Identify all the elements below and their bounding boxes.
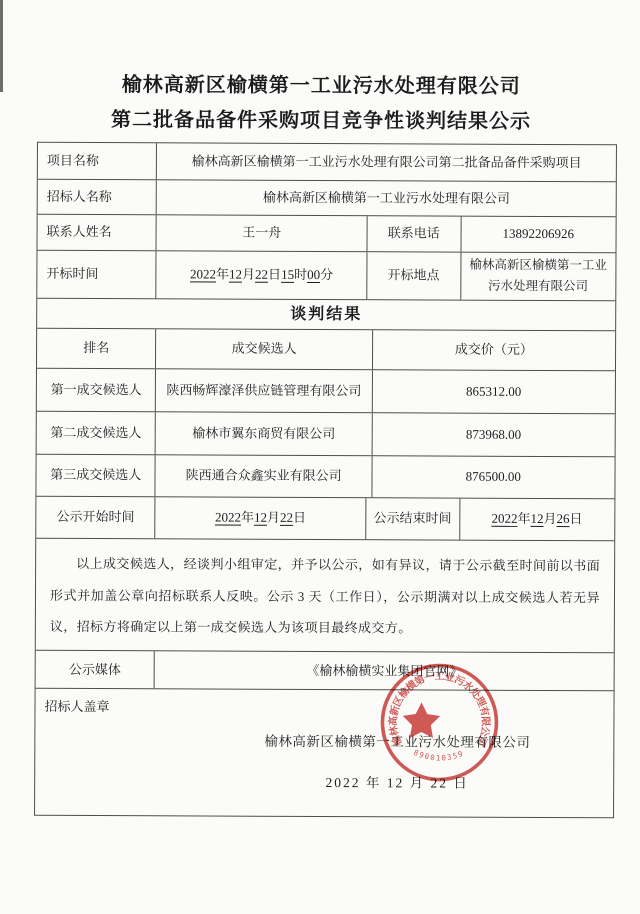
candidate-3-price: 876500.00 bbox=[371, 456, 615, 498]
candidate-1-price: 865312.00 bbox=[371, 370, 615, 413]
media-label: 公示媒体 bbox=[36, 651, 155, 689]
candidate-3-company: 陕西通合众鑫实业有限公司 bbox=[155, 455, 371, 497]
document-title-line2: 第二批备品备件采购项目竞争性谈判结果公示 bbox=[1, 110, 640, 133]
candidate-1-rank: 第一成交候选人 bbox=[37, 369, 156, 412]
table-row-notice: 以上成交候选人，经谈判小组审定，并予以公示，如有异议，请于公示截至时间前以书面形… bbox=[36, 538, 614, 653]
open-time-label: 开标时间 bbox=[37, 251, 156, 298]
phone-value: 13892206926 bbox=[460, 217, 616, 253]
table-row-publicity-period: 公示开始时间 2022 年 12 月 22 日 公示结束时间 2022 年 12… bbox=[36, 496, 614, 541]
candidate-2-rank: 第二成交候选人 bbox=[37, 412, 156, 455]
contact-value: 王一舟 bbox=[156, 215, 367, 251]
signature-company: 榆林高新区榆横第一工业污水处理有限公司 bbox=[247, 730, 547, 751]
open-place-label: 开标地点 bbox=[366, 252, 460, 299]
candidate-2-company: 榆林市翼东商贸有限公司 bbox=[155, 412, 371, 455]
table-row-section-header: 谈判结果 bbox=[37, 297, 615, 330]
phone-label: 联系电话 bbox=[366, 216, 460, 251]
contact-label: 联系人姓名 bbox=[38, 215, 157, 251]
tenderee-value: 榆林高新区榆横第一工业污水处理有限公司 bbox=[156, 180, 616, 216]
table-row-bid-opening: 开标时间 2022 年 12 月 22 日 15 时 00 分 开标地点 榆林高… bbox=[37, 250, 615, 300]
publicity-end-label: 公示结束时间 bbox=[365, 498, 459, 539]
table-row-candidate-1: 第一成交候选人 陕西畅辉濠泽供应链管理有限公司 865312.00 bbox=[37, 368, 615, 414]
open-place-line2: 污水处理有限公司 bbox=[469, 276, 607, 298]
table-row-media: 公示媒体 《榆林榆横实业集团官网》 bbox=[36, 650, 614, 691]
table-row-candidate-2: 第二成交候选人 榆林市翼东商贸有限公司 873968.00 bbox=[37, 411, 615, 457]
price-header: 成交价（元） bbox=[372, 330, 615, 370]
tenderee-label: 招标人名称 bbox=[38, 180, 157, 215]
notice-paragraph: 以上成交候选人，经谈判小组审定，并予以公示，如有异议，请于公示截至时间前以书面形… bbox=[36, 539, 614, 653]
announcement-table: 项目名称 榆林高新区榆横第一工业污水处理有限公司第二批备品备件采购项目 招标人名… bbox=[34, 142, 617, 819]
open-time-value: 2022 年 12 月 22 日 15 时 00 分 bbox=[156, 251, 367, 298]
document-title-line1: 榆林高新区榆横第一工业污水处理有限公司 bbox=[1, 75, 640, 98]
table-row-project-name: 项目名称 榆林高新区榆横第一工业污水处理有限公司第二批备品备件采购项目 bbox=[38, 143, 616, 182]
signature-block: 榆林高新区榆横第一工业污水处理有限公司 2022 年 12 月 22 日 bbox=[247, 730, 547, 792]
signature-date: 2022 年 12 月 22 日 bbox=[247, 771, 547, 792]
open-place-line1: 榆林高新区榆横第一工业 bbox=[469, 255, 607, 277]
document-page: 榆林高新区榆横第一工业污水处理有限公司 第二批备品备件采购项目竞争性谈判结果公示… bbox=[0, 0, 640, 914]
publicity-end-value: 2022 年 12 月 26 日 bbox=[459, 499, 615, 541]
rank-header: 排名 bbox=[37, 329, 156, 369]
candidate-1-company: 陕西畅辉濠泽供应链管理有限公司 bbox=[155, 369, 371, 412]
candidate-2-price: 873968.00 bbox=[371, 413, 615, 456]
table-row-contact: 联系人姓名 王一舟 联系电话 13892206926 bbox=[38, 214, 616, 253]
table-row-results-header: 排名 成交候选人 成交价（元） bbox=[37, 328, 615, 371]
stamp-label: 招标人盖章 bbox=[44, 696, 109, 715]
table-row-candidate-3: 第三成交候选人 陕西通合众鑫实业有限公司 876500.00 bbox=[36, 454, 614, 499]
publicity-start-value: 2022 年 12 月 22 日 bbox=[155, 497, 366, 539]
candidate-header: 成交候选人 bbox=[155, 329, 371, 369]
project-name-label: 项目名称 bbox=[38, 143, 157, 180]
media-value: 《榆林榆横实业集团官网》 bbox=[154, 652, 614, 691]
publicity-start-label: 公示开始时间 bbox=[36, 497, 155, 539]
candidate-3-rank: 第三成交候选人 bbox=[36, 455, 155, 497]
table-row-tenderee: 招标人名称 榆林高新区榆横第一工业污水处理有限公司 bbox=[38, 179, 616, 217]
table-row-signature: 招标人盖章 榆林高新区榆横第一工业污水处理有限公司 2022 年 12 月 22… bbox=[35, 688, 614, 818]
results-section-title: 谈判结果 bbox=[37, 298, 615, 330]
project-name-value: 榆林高新区榆横第一工业污水处理有限公司第二批备品备件采购项目 bbox=[156, 143, 616, 181]
open-place-value: 榆林高新区榆横第一工业 污水处理有限公司 bbox=[460, 253, 616, 300]
